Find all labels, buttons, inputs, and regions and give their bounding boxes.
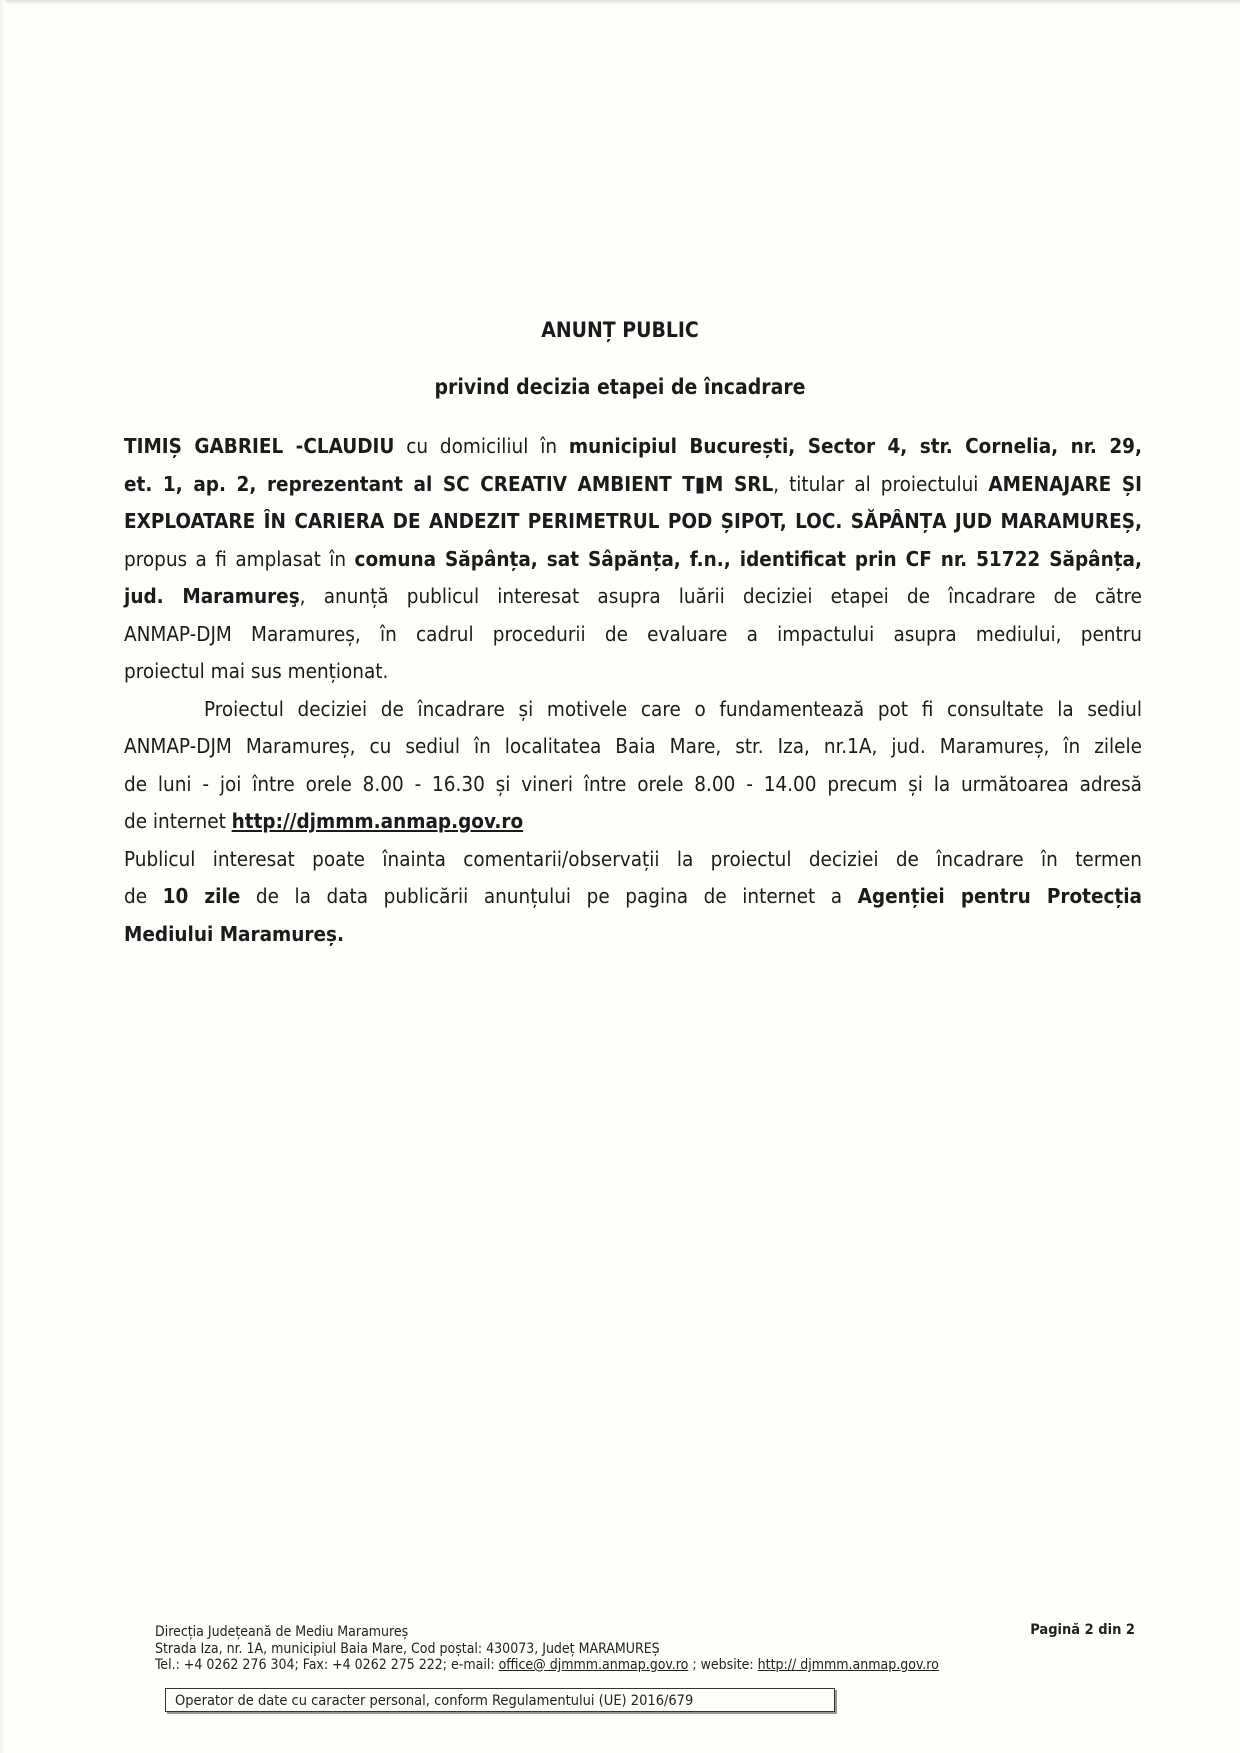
text-line: EXPLOATARE ÎN CARIERA DE ANDEZIT PERIMET… [124, 503, 1142, 541]
document-body: TIMIȘ GABRIEL -CLAUDIU cu domiciliul în … [124, 428, 1142, 953]
page-footer: Direcția Județeană de Mediu Maramureș St… [155, 1624, 1135, 1674]
text-line: de luni - joi între orele 8.00 - 16.30 ș… [124, 766, 1142, 804]
bold-text: 10 zile [163, 884, 241, 908]
paragraph-link-line: de internet http://djmmm.anmap.gov.ro [124, 803, 1142, 841]
text-line: Mediului Maramureș. [124, 916, 1142, 954]
website-link[interactable]: http://djmmm.anmap.gov.ro [232, 809, 523, 833]
text-line: Proiectul deciziei de încadrare și motiv… [124, 691, 1142, 729]
footer-website-label: ; website: [688, 1657, 757, 1673]
text: , anunță publicul interesat asupra luări… [300, 584, 1142, 608]
bold-text: Agenției pentru Protecția [858, 884, 1142, 908]
footer-contact: Tel.: +4 0262 276 304; Fax: +4 0262 275 … [155, 1657, 1135, 1674]
bold-text: jud. Maramureş [124, 584, 300, 608]
paragraph-announcement: TIMIȘ GABRIEL -CLAUDIU cu domiciliul în … [124, 428, 1142, 691]
gdpr-notice-box: Operator de date cu caracter personal, c… [165, 1688, 835, 1712]
text-line: jud. Maramureş, anunță publicul interesa… [124, 578, 1142, 616]
text: propus a fi amplasat în [124, 547, 355, 571]
footer-website-link[interactable]: http:// djmmm.anmap.gov.ro [758, 1657, 939, 1673]
text-line: proiectul mai sus menționat. [124, 653, 1142, 691]
text-line: TIMIȘ GABRIEL -CLAUDIU cu domiciliul în … [124, 428, 1142, 466]
page-total: 2 [1126, 1622, 1135, 1638]
bold-text: EXPLOATARE ÎN CARIERA DE ANDEZIT PERIMET… [124, 509, 1142, 533]
text: ANMAP-DJM Maramureș, în cadrul proceduri… [124, 622, 1142, 646]
text: proiectul mai sus menționat. [124, 659, 388, 683]
scan-edge [0, 0, 1240, 4]
footer-phone-fax: Tel.: +4 0262 276 304; Fax: +4 0262 275 … [155, 1657, 499, 1673]
bold-text: TIMIȘ GABRIEL -CLAUDIU [124, 434, 394, 458]
paragraph-comments: Publicul interesat poate înainta comenta… [124, 841, 1142, 954]
text-line: propus a fi amplasat în comuna Săpânța, … [124, 541, 1142, 579]
text: Publicul interesat poate înainta comenta… [124, 847, 1142, 871]
page-sep: din [1098, 1622, 1121, 1638]
text: de [124, 884, 163, 908]
text-line: ANMAP-DJM Maramureș, cu sediul în locali… [124, 728, 1142, 766]
link-prefix: de internet [124, 809, 232, 833]
bold-text: comuna Săpânța, sat Sâpănța, f.n., ident… [355, 547, 1142, 571]
footer-email-link[interactable]: office@ djmmm.anmap.gov.ro [499, 1657, 689, 1673]
text: de la data publicării anunțului pe pagin… [240, 884, 857, 908]
page-number: Pagină 2 din 2 [1030, 1622, 1135, 1639]
document-title: ANUNȚ PUBLIC [0, 318, 1240, 342]
footer-org: Direcția Județeană de Mediu Maramureș [155, 1624, 1135, 1641]
bold-text: AMENAJARE ȘI [988, 472, 1142, 496]
bold-text: et. 1, ap. 2, reprezentant al SC CREATIV… [124, 472, 773, 496]
bold-text: municipiul București, Sector 4, str. Cor… [569, 434, 1142, 458]
text-line: de 10 zile de la data publicării anunțul… [124, 878, 1142, 916]
bold-text: Mediului Maramureș. [124, 922, 344, 946]
footer-address: Strada Iza, nr. 1A, municipiul Baia Mare… [155, 1641, 1135, 1658]
text-line: et. 1, ap. 2, reprezentant al SC CREATIV… [124, 466, 1142, 504]
text-line: Publicul interesat poate înainta comenta… [124, 841, 1142, 879]
text: , titular al proiectului [773, 472, 988, 496]
page-label: Pagină [1030, 1622, 1080, 1638]
scan-shadow [0, 0, 5, 1753]
paragraph-consultation: Proiectul deciziei de încadrare și motiv… [124, 691, 1142, 804]
document-subtitle: privind decizia etapei de încadrare [0, 375, 1240, 399]
text: cu domiciliul în [394, 434, 569, 458]
text-line: ANMAP-DJM Maramureș, în cadrul proceduri… [124, 616, 1142, 654]
page-current: 2 [1085, 1622, 1094, 1638]
